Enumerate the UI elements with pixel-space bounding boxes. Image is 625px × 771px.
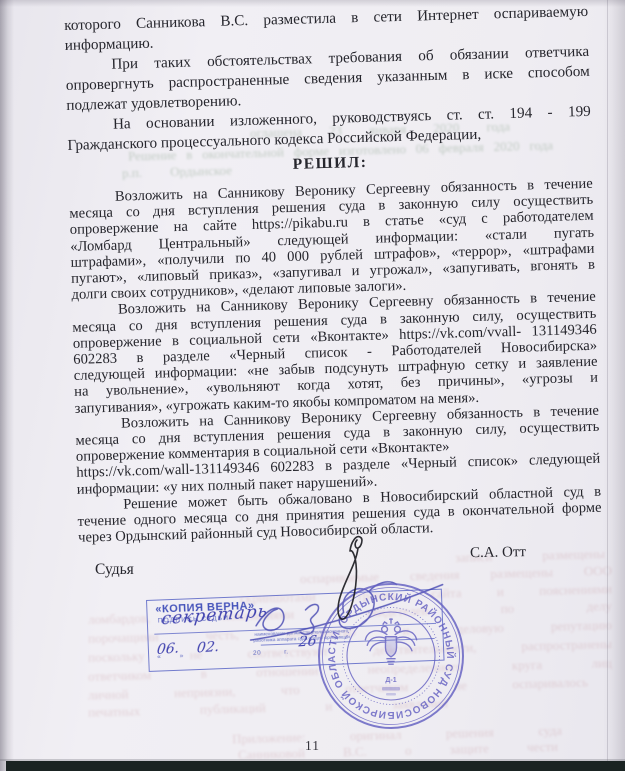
round-stamp-code: Д-1 [385, 677, 396, 684]
judge-signature-ink [320, 533, 374, 625]
body-paragraphs: Возложить на Санникову Веронику Сергеевн… [69, 176, 602, 547]
double-headed-eagle-icon [365, 618, 417, 664]
paragraph: Возложить на Санникову Веронику Сергеевн… [72, 289, 599, 417]
intro-paragraphs: которого Санникова В.С. разместила в сет… [64, 2, 592, 156]
paper-edge-line [607, 0, 608, 771]
judge-label: Судья [95, 561, 134, 579]
paragraph: Возложить на Санникову Веронику Сергеевн… [69, 176, 596, 304]
handwritten-date-month: 02. [196, 639, 220, 657]
micro-text-blob [386, 693, 396, 696]
handwritten-date-day: 06. [156, 640, 180, 658]
micro-text-blob [382, 687, 400, 691]
judge-name: С.А. Отт [470, 543, 590, 563]
paragraph: Возложить на Санникову Веронику Сергеевн… [75, 403, 601, 498]
scanned-court-decision-page: оглашена 23 января 2020 годаРешение в ок… [0, 0, 625, 771]
scan-bottom-bar [6, 761, 625, 771]
document-text-block: которого Санникова В.С. разместила в сет… [64, 2, 602, 546]
